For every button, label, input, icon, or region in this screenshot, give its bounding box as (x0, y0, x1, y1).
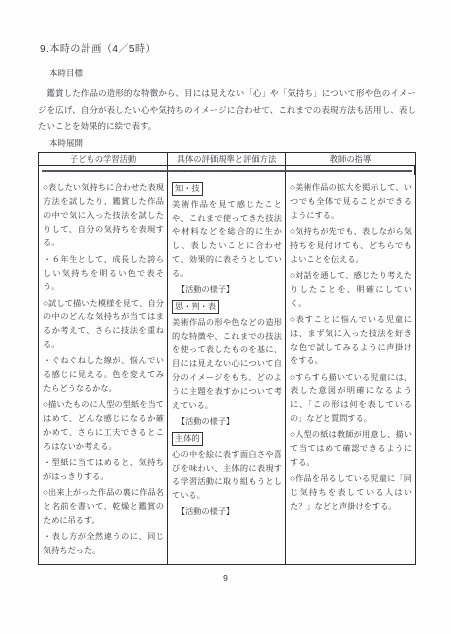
evaluation-body: 心の中を絵に表す面白さや喜びを味わい、主体的に表現する学習活動に取り組もうとして… (172, 448, 282, 503)
header-teacher-guidance: 教師の指導 (286, 153, 415, 165)
guidance-item: ○表すことに悩んでいる児童には、まず気に入った技法を好きな色で試してみるように声… (290, 313, 412, 368)
column-evaluation: 知・技 美術作品を見て感じたことや、これまで使ってきた技法や材料などを総合的に生… (168, 175, 286, 564)
activity-item: ○表したい気持ちに合わせた表現方法を試したり、鑑賞した作品の中で気に入った技法を… (43, 181, 164, 250)
evaluation-label-knowledge-skill: 知・技 (172, 182, 203, 196)
column-student-activities: ○表したい気持ちに合わせた表現方法を試したり、鑑賞した作品の中で気に入った技法を… (39, 175, 168, 564)
activity-item: ・６年生として、成長した誇らしい気持ちを明るい色で表そう。 (43, 253, 164, 294)
section-goal-heading: 本時目標 (49, 67, 83, 79)
document-page: 9.本時の計画（4／5時） 本時目標 鑑賞した作品の造形的な特徴から、目には見え… (0, 0, 451, 634)
lesson-objective-text: 鑑賞した作品の造形的な特徴から、目には見えない「心」や「気持ち」について形や色の… (38, 85, 416, 135)
evaluation-method-note: 【活動の様子】 (172, 505, 282, 519)
evaluation-block: 主体的 心の中を絵に表す面白さや喜びを味わい、主体的に表現する学習活動に取り組も… (172, 431, 282, 519)
evaluation-block: 思・判・表 美術作品の形や色などの造形的な特徴や、これまでの技法を使って表したも… (172, 299, 282, 428)
guidance-item: ○対話を通して、感じたり考えたりしたことを、明確にしていく。 (290, 269, 412, 310)
activity-item: ○出来上がった作品の裏に作品名と名前を書いて、乾燥と鑑賞のために吊るす。 (43, 486, 164, 527)
table-header-row: 子どもの学習活動 具体の評価規準と評価方法 教師の指導 (39, 153, 415, 166)
guidance-item: ○作品を吊るしている児童に「同じ気持ちを表している人はいた？」などと声掛けをする… (290, 472, 412, 513)
evaluation-method-note: 【活動の様子】 (172, 283, 282, 297)
goal-banner-row: 表したい気持ちや心に合わせた技法を使って、１２歳の今の自分の気持ちや心を、もよう… (39, 166, 415, 175)
table-body-row: ○表したい気持ちに合わせた表現方法を試したり、鑑賞した作品の中で気に入った技法を… (39, 175, 415, 564)
section-flow-heading: 本時展開 (49, 137, 83, 149)
evaluation-body: 美術作品の形や色などの造形的な特徴や、これまでの技法を使って表したものを基に、目… (172, 316, 282, 413)
activity-item: ○試して描いた模様を見て、自分の中のどんな気持ちが当てはまるか考えて、さらに技法… (43, 297, 164, 352)
guidance-item: ○人型の紙は教師が用意し、描いて当てはめて確認できるようにする。 (290, 428, 412, 469)
activity-item: ・型紙に当てはめると、気持ちがはっきりする。 (43, 456, 164, 484)
lesson-goal-banner: 表したい気持ちや心に合わせた技法を使って、１２歳の今の自分の気持ちや心を、もよう… (42, 170, 412, 172)
evaluation-label-proactive: 主体的 (172, 432, 203, 446)
guidance-item: ○すらすら描いている児童には、表した意図が明確になるように、「この形は何を表して… (290, 371, 412, 426)
column-teacher-guidance: ○美術作品の拡大を掲示して、いつでも全体で見ることができるようにする。 ○気持ち… (286, 175, 415, 564)
header-evaluation: 具体の評価規準と評価方法 (168, 153, 286, 165)
page-title: 9.本時の計画（4／5時） (40, 40, 156, 55)
evaluation-body: 美術作品を見て感じたことや、これまで使ってきた技法や材料などを総合的に生かし、表… (172, 198, 282, 281)
evaluation-block: 知・技 美術作品を見て感じたことや、これまで使ってきた技法や材料などを総合的に生… (172, 181, 282, 297)
evaluation-label-thinking-judgement: 思・判・表 (172, 300, 219, 314)
lesson-plan-table: 子どもの学習活動 具体の評価規準と評価方法 教師の指導 表したい気持ちや心に合わ… (38, 152, 416, 565)
activity-item: ・表し方が全然違うのに、同じ気持ちだった。 (43, 530, 164, 558)
activity-item: ○描いたものに人型の型紙を当てはめて、どんな感じになるか確かめて、さらに工夫でき… (43, 398, 164, 453)
header-student-activities: 子どもの学習活動 (39, 153, 168, 165)
guidance-item: ○気持ちが先でも、表しながら気持ちを見付けても、どちらでもよいことを伝える。 (290, 225, 412, 266)
page-number: 9 (0, 573, 451, 583)
evaluation-method-note: 【活動の様子】 (172, 415, 282, 429)
guidance-item: ○美術作品の拡大を掲示して、いつでも全体で見ることができるようにする。 (290, 181, 412, 222)
activity-item: ・ぐねぐねした線が、悩んでいる感じに見える。色を変えてみたらどうなるかな。 (43, 354, 164, 395)
